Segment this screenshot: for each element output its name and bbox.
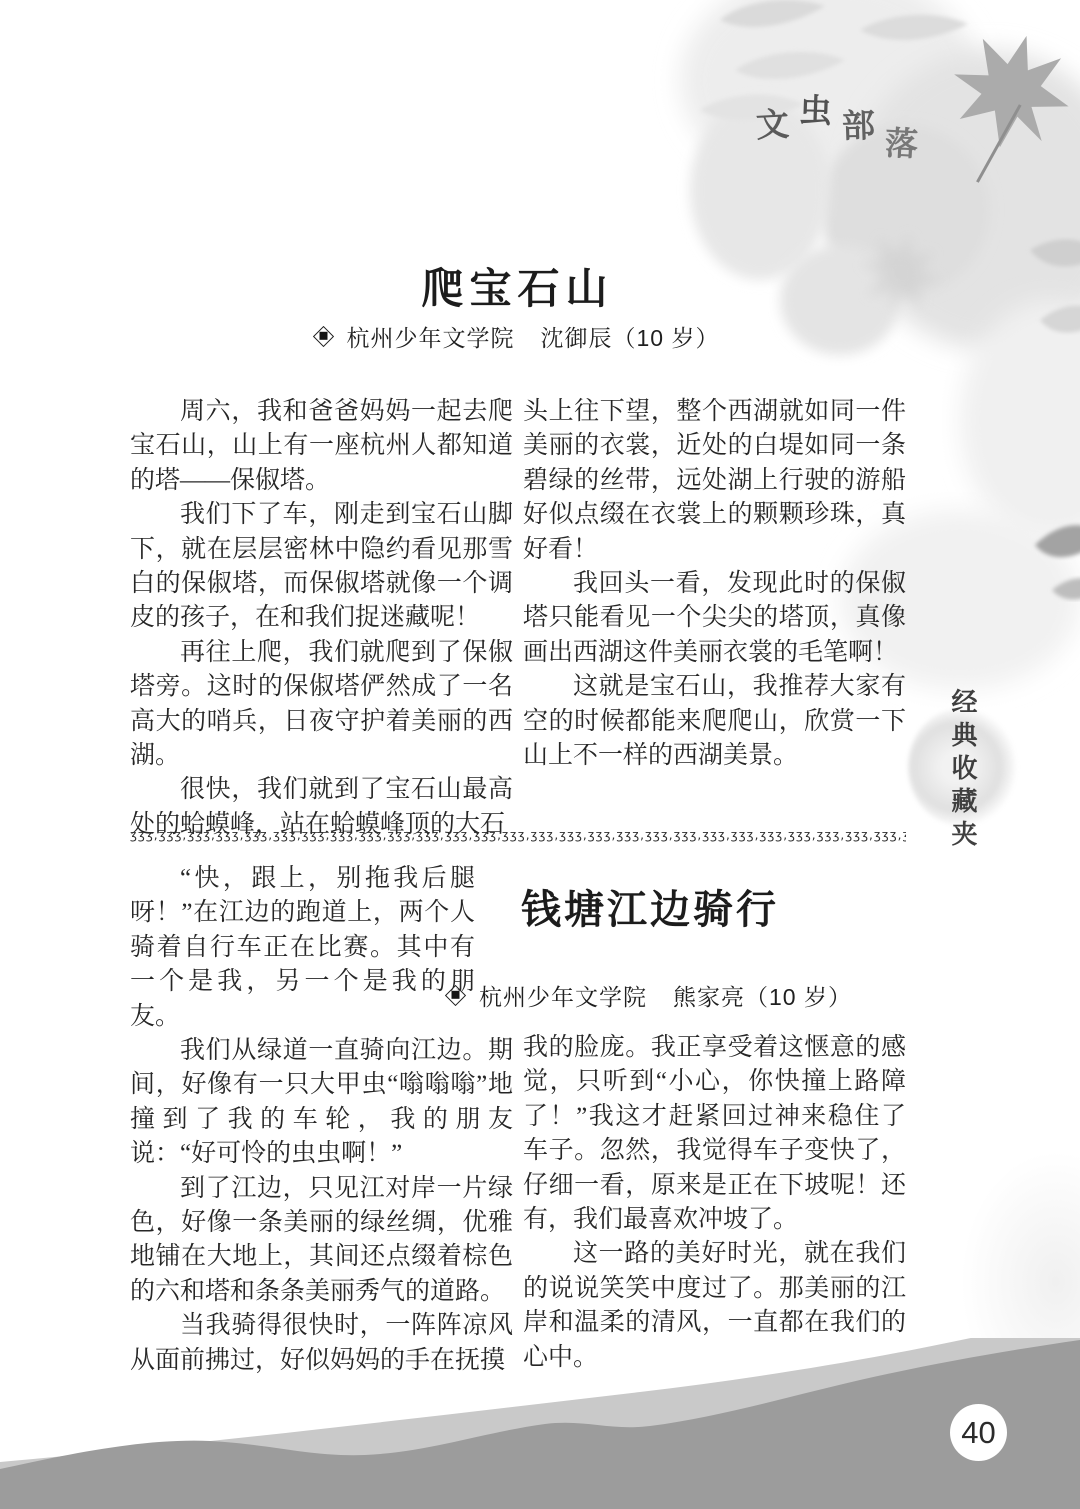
title-wrap-spacer xyxy=(475,862,513,1034)
masthead-logo: 文 虫 部 落 xyxy=(756,92,918,125)
masthead-char: 虫 xyxy=(798,93,832,127)
essay2-right-column: 我的脸庞。我正享受着这惬意的感觉，只听到“小心，你快撞上路障了！”我这才赶紧回过… xyxy=(523,1031,906,1375)
essay-paragraph: 再往上爬，我们就爬到了保俶塔旁。这时的保俶塔俨然成了一名高大的哨兵，日夜守护着美… xyxy=(130,636,513,774)
magazine-page: 文 虫 部 落 爬宝石山 杭州少年文学院 沈御辰（10 岁） 周六，我和爸爸妈妈… xyxy=(0,0,1080,1509)
essay1-right-column: 头上往下望，整个西湖就如同一件美丽的衣裳，近处的白堤如同一条碧绿的丝带，远处湖上… xyxy=(523,395,906,773)
essay-paragraph: 我的脸庞。我正享受着这惬意的感觉，只听到“小心，你快撞上路障了！”我这才赶紧回过… xyxy=(523,1031,906,1237)
essay-paragraph: 我回头一看，发现此时的保俶塔只能看见一个尖尖的塔顶，真像画出西湖这件美丽衣裳的毛… xyxy=(523,567,906,670)
essay2-author: 熊家亮（10 岁） xyxy=(673,979,852,1012)
leaf-blob xyxy=(960,300,1080,540)
essay-paragraph: 头上往下望，整个西湖就如同一件美丽的衣裳，近处的白堤如同一条碧绿的丝带，远处湖上… xyxy=(523,395,906,567)
essay-paragraph: 到了江边，只见江对岸一片绿色，好像一条美丽的绿丝绸，优雅地铺在大地上，其间还点缀… xyxy=(130,1172,513,1310)
leaf-decoration-bottom-right xyxy=(960,1150,1080,1370)
side-tab-label: 经典收藏夹 xyxy=(944,688,981,858)
essay1-left-column: 周六，我和爸爸妈妈一起去爬宝石山，山上有一座杭州人都知道的塔——保俶塔。我们下了… xyxy=(130,395,513,842)
essay1-byline: 杭州少年文学院 沈御辰（10 岁） xyxy=(130,320,905,353)
masthead-char: 部 xyxy=(841,108,875,142)
bottom-wave xyxy=(0,1338,1080,1509)
edge-leaves xyxy=(1030,239,1080,599)
essay1-school: 杭州少年文学院 xyxy=(347,320,515,353)
page-number-badge: 40 xyxy=(950,1404,1007,1461)
essay-paragraph: 这就是宝石山，我推荐大家有空的时候都能来爬爬山，欣赏一下山上不一样的西湖美景。 xyxy=(523,670,906,773)
essay-paragraph: “快，跟上，别拖我后腿呀！”在江边的跑道上，两个人骑着自行车正在比赛。其中有一个… xyxy=(130,862,513,1034)
essay-paragraph: 我们下了车，刚走到宝石山脚下，就在层层密林中隐约看见那雪白的保俶塔，而保俶塔就像… xyxy=(130,498,513,636)
essay-paragraph: 周六，我和爸爸妈妈一起去爬宝石山，山上有一座杭州人都知道的塔——保俶塔。 xyxy=(130,395,513,498)
maple-leaf-icon xyxy=(919,11,1080,182)
essay-paragraph: 我们从绿道一直骑向江边。期间，好像有一只大甲虫“嗡嗡嗡”地撞到了我的车轮，我的朋… xyxy=(130,1034,513,1172)
masthead-char: 落 xyxy=(884,126,919,161)
masthead-char: 文 xyxy=(755,107,790,142)
essay2-left-column: “快，跟上，别拖我后腿呀！”在江边的跑道上，两个人骑着自行车正在比赛。其中有一个… xyxy=(130,862,513,1378)
essay1-title: 爬宝石山 xyxy=(130,256,905,316)
essay1-author: 沈御辰（10 岁） xyxy=(541,320,720,353)
page-number: 40 xyxy=(961,1415,995,1451)
ornamental-divider: ʒʒʒ,ʒʒʒ,ʒʒʒ,ʒʒʒ,ʒʒʒ,ʒʒʒ,ʒʒʒ,ʒʒʒ,ʒʒʒ,ʒʒʒ,… xyxy=(130,828,906,846)
diamond-bullet-icon xyxy=(312,326,333,347)
